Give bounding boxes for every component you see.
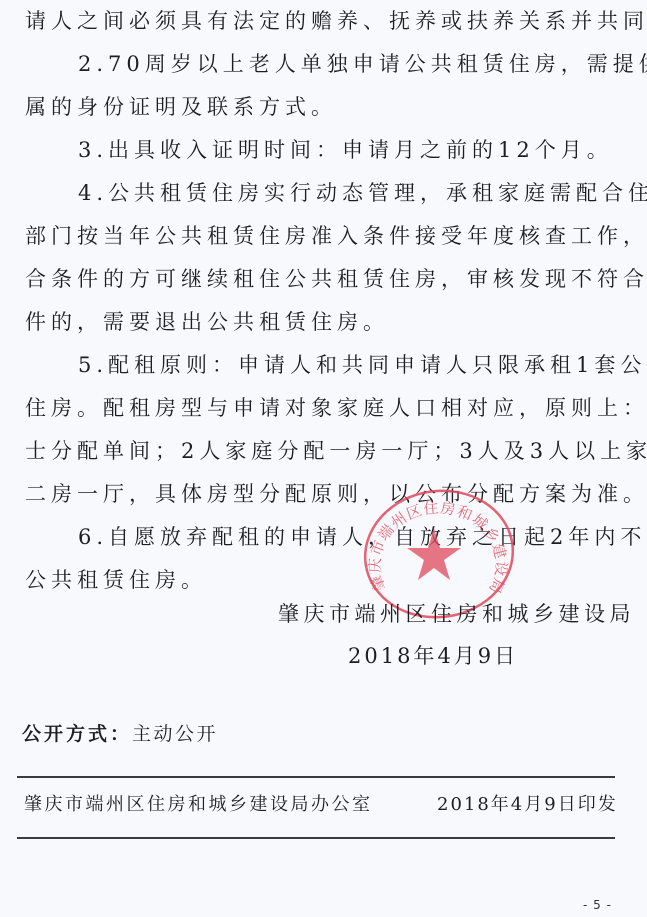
paragraph-line: 件的，需要退出公共租赁住房。	[25, 309, 389, 335]
disclosure-value: 主动公开	[132, 723, 218, 745]
paragraph-line: 二房一厅，具体房型分配原则，以公布分配方案为准。	[25, 481, 647, 507]
print-date: 2018年4月9日印发	[437, 794, 618, 816]
disclosure-label: 公开方式：	[22, 723, 132, 745]
paragraph-line: 6.自愿放弃配租的申请人，自放弃之日起2年内不得申请	[78, 524, 647, 550]
issuer-name: 肇庆市端州区住房和城乡建设局	[278, 601, 635, 627]
issue-date: 2018年4月9日	[348, 643, 518, 669]
paragraph-line: 住房。配租房型与申请对象家庭人口相对应，原则上：单身人	[25, 395, 647, 421]
footer-bottom-rule	[17, 837, 615, 839]
paragraph-line: 请人之间必须具有法定的赡养、抚养或扶养关系并共同生活。	[25, 8, 647, 34]
paragraph-line: 部门按当年公共租赁住房准入条件接受年度核查工作，审核符	[25, 223, 647, 249]
disclosure-row: 公开方式：主动公开	[22, 723, 218, 745]
paragraph-line: 4.公共租赁住房实行动态管理，承租家庭需配合住房保障	[78, 180, 647, 206]
paragraph-line: 3.出具收入证明时间：申请月之前的12个月。	[78, 137, 613, 163]
paragraph-line: 公共租赁住房。	[25, 567, 207, 593]
paragraph-line: 士分配单间；2人家庭分配一房一厅；3人及3人以上家庭分配	[25, 438, 647, 464]
footer-top-rule	[17, 776, 615, 778]
issuing-office: 肇庆市端州区住房和城乡建设局办公室	[24, 794, 373, 816]
paragraph-line: 2.70周岁以上老人单独申请公共租赁住房，需提供一名亲	[78, 51, 647, 77]
page-number: - 5 -	[583, 898, 612, 912]
paragraph-line: 5.配租原则：申请人和共同申请人只限承租1套公共租赁	[78, 352, 647, 378]
paragraph-line: 合条件的方可继续租住公共租赁住房，审核发现不符合保障条	[25, 266, 647, 292]
paragraph-line: 属的身份证明及联系方式。	[25, 94, 337, 120]
